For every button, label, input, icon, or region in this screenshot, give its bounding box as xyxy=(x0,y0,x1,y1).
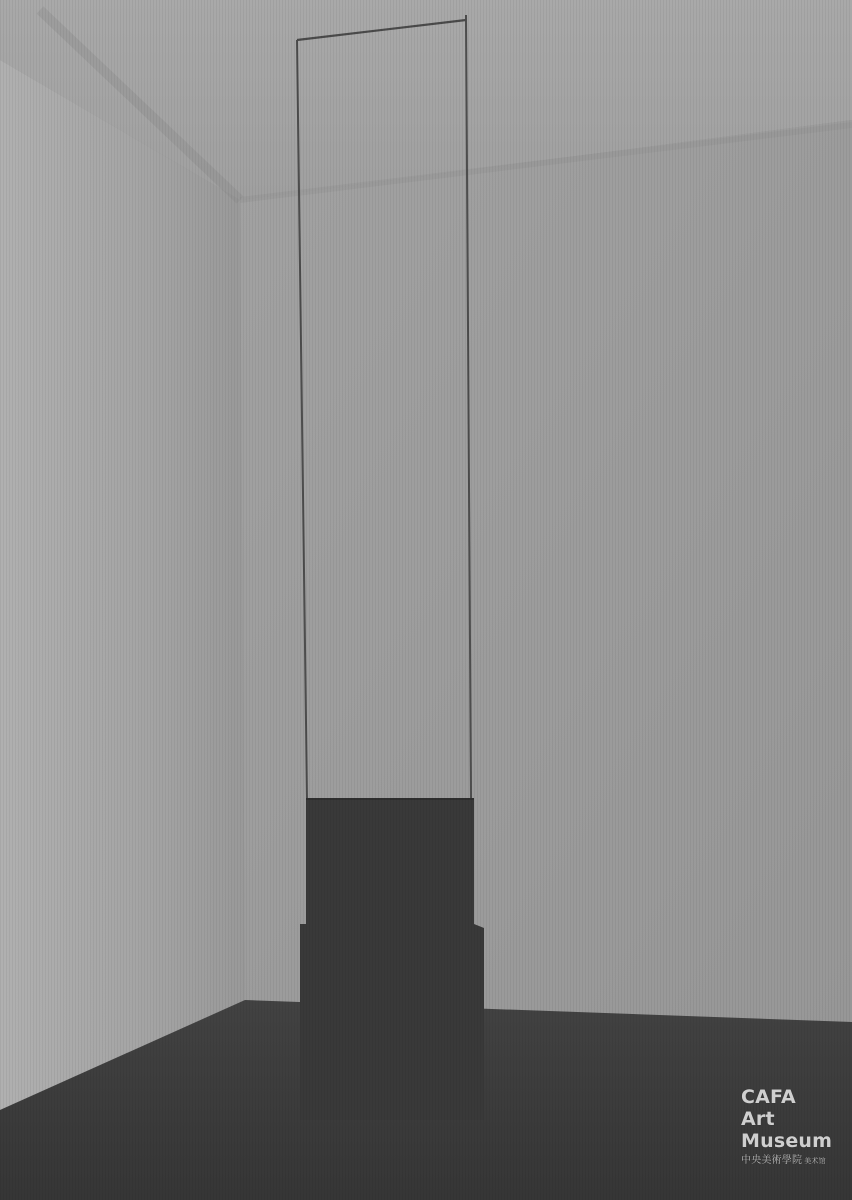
watermark-line-museum: Museum xyxy=(741,1130,832,1152)
watermark-line-art: Art xyxy=(741,1108,832,1130)
watermark-chinese-small: 美术馆 xyxy=(804,1157,826,1165)
watermark-chinese: 中央美術學院美术馆 xyxy=(741,1154,832,1168)
gallery-photo xyxy=(0,0,852,1200)
cafa-watermark: CAFA Art Museum 中央美術學院美术馆 xyxy=(741,1086,832,1168)
watermark-line-cafa: CAFA xyxy=(741,1086,832,1108)
watermark-chinese-name: 中央美術學院 xyxy=(741,1155,802,1166)
photo-scene: CAFA Art Museum 中央美術學院美术馆 xyxy=(0,0,852,1200)
